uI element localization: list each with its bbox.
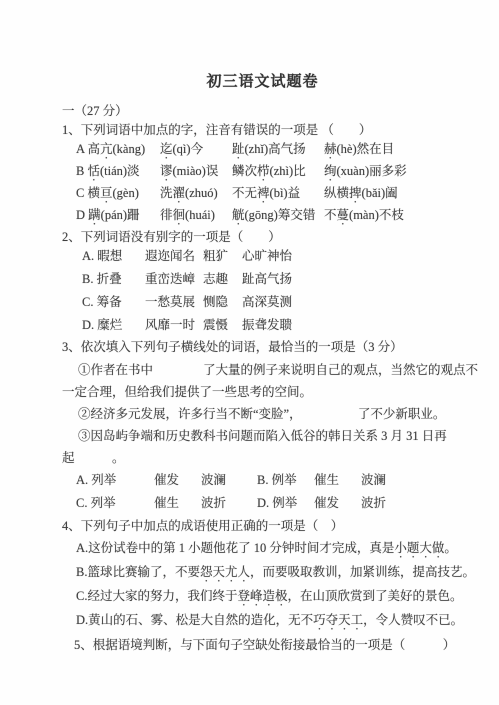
q3-answer-cell: D. 例举	[257, 494, 314, 513]
q1-option-cell: 觥(gōng)筹交错	[232, 206, 324, 228]
q1-option-cell: 绚(xuàn)丽多彩	[324, 162, 463, 184]
q3-answer-cell: 催生	[154, 494, 201, 513]
q2-option-cell: 趾高气扬	[242, 270, 463, 289]
q3-answer-cell: 催发	[154, 471, 201, 490]
q1-option-cell: 鳞次栉(zhì)比	[232, 162, 324, 184]
q2-option-cell: 一愁莫展	[145, 293, 203, 312]
q4-option-c: C.经过大家的努力，我们终于登峰造极，在山顶欣赏到了美好的景色。	[76, 587, 463, 609]
q4-stem: 4、下列句子中加点的成语使用正确的一项是（ ）	[62, 517, 463, 536]
q2-option-cell: 粗犷	[203, 247, 242, 266]
q2-option-cell: 重峦迭嶂	[145, 270, 203, 289]
q2-option-cell: 振聋发聩	[242, 316, 463, 335]
q2-option-row-c: C. 筹备 一愁莫展 恻隐 高深莫测	[82, 293, 463, 312]
q3-answer-cell: 波折	[361, 494, 463, 513]
q2-option-row-b: B. 折叠 重峦迭嶂 志趣 趾高气扬	[82, 270, 463, 289]
q1-option-cell: 纵横捭(bǎi)阖	[324, 184, 463, 206]
q2-option-cell: 心旷神怡	[242, 247, 463, 266]
q4-option-d: D.黄山的石、雾、松是大自然的造化，无不巧夺天工，令人赞叹不已。	[76, 611, 463, 633]
q1-option-cell: 赫(hè)然在目	[324, 140, 463, 162]
q3-answer-cell: 波澜	[361, 471, 463, 490]
q1-option-cell: 徘徊(huái)	[160, 206, 232, 228]
q1-option-cell: 不无裨(bì)益	[232, 184, 324, 206]
q1-option-row-b: B 恬(tián)淡 谬(miào)误 鳞次栉(zhì)比 绚(xuàn)丽多彩	[76, 162, 463, 184]
q3-sentence-3-line-1: ③因岛屿争端和历史教科书问题而陷入低谷的韩日关系 3 月 31 日再	[78, 427, 463, 446]
q3-answer-row-1: A. 列举 催发 波澜 B. 例举 催生 波澜	[76, 471, 463, 490]
q3-answer-cell: 催生	[314, 471, 361, 490]
q4-option-a: A.这份试卷中的第 1 小题他花了 10 分钟时间才完成，真是小题大做。	[76, 539, 463, 561]
q1-option-cell: C 横亘(gèn)	[76, 184, 160, 206]
q1-option-cell: 迄(qì)今	[160, 140, 232, 162]
q2-stem: 2、下列词语没有别字的一项是（ ）	[62, 228, 463, 247]
q3-answer-cell: 波澜	[201, 471, 257, 490]
q3-answer-cell: 波折	[201, 494, 257, 513]
exam-title: 初三语文试题卷	[62, 72, 463, 92]
q2-option-cell: 高深莫测	[242, 293, 463, 312]
q2-option-cell: C. 筹备	[82, 293, 145, 312]
q2-option-row-a: A. 暇想 遐迩闻名 粗犷 心旷神怡	[82, 247, 463, 266]
q1-option-cell: A 高亢(kàng)	[76, 140, 160, 162]
q2-option-cell: 志趣	[203, 270, 242, 289]
q1-option-cell: 洗濯(zhuó)	[160, 184, 232, 206]
q3-answer-cell: B. 例举	[257, 471, 314, 490]
q1-option-cell: 不蔓(màn)不枝	[324, 206, 463, 228]
q1-option-row-d: D 蹒(pán)跚 徘徊(huái) 觥(gōng)筹交错 不蔓(màn)不枝	[76, 206, 463, 228]
q2-option-cell: 震慑	[203, 316, 242, 335]
q1-option-cell: 谬(miào)误	[160, 162, 232, 184]
q5-stem: 5、根据语境判断，与下面句子空缺处衔接最恰当的一项是（ ）	[74, 636, 463, 655]
exam-paper: 初三语文试题卷 一（27 分） 1、下列词语中加点的字，注音有错误的一项是 （ …	[0, 0, 499, 705]
q3-answer-cell: 催发	[314, 494, 361, 513]
q2-option-cell: 遐迩闻名	[145, 247, 203, 266]
q1-option-row-a: A 高亢(kàng) 迄(qì)今 趾(zhǐ)高气扬 赫(hè)然在目	[76, 140, 463, 162]
q4-option-b: B.篮球比赛输了，不要怨天尤人，而要吸取教训，加紧训练，提高技艺。	[76, 563, 463, 585]
q3-answer-row-2: C. 列举 催生 波折 D. 例举 催发 波折	[76, 494, 463, 513]
q2-option-cell: A. 暇想	[82, 247, 145, 266]
q1-option-cell: 趾(zhǐ)高气扬	[232, 140, 324, 162]
q1-stem: 1、下列词语中加点的字，注音有错误的一项是 （ ）	[62, 121, 463, 140]
q1-option-cell: D 蹒(pán)跚	[76, 206, 160, 228]
q1-option-cell: B 恬(tián)淡	[76, 162, 160, 184]
q3-sentence-1-line-1: ①作者在书中 了大量的例子来说明自己的观点，当然它的观点不	[78, 361, 463, 380]
q2-option-cell: D. 糜烂	[82, 316, 145, 335]
q3-sentence-1-line-2: 一定合理，但给我们提供了一些思考的空间。	[62, 383, 463, 402]
q2-option-row-d: D. 糜烂 风靡一时 震慑 振聋发聩	[82, 316, 463, 335]
section-header: 一（27 分）	[62, 102, 463, 121]
q3-answer-cell: A. 列举	[76, 471, 154, 490]
q2-option-cell: B. 折叠	[82, 270, 145, 289]
q3-stem: 3、依次填入下列句子横线处的词语，最恰当的一项是（3 分）	[62, 338, 463, 357]
q3-sentence-2: ②经济多元发展，许多行当不断“变脸”， 了不少新职业。	[78, 405, 463, 424]
q2-option-cell: 恻隐	[203, 293, 242, 312]
q2-option-cell: 风靡一时	[145, 316, 203, 335]
q3-sentence-3-line-2: 起 。	[62, 449, 463, 468]
q1-option-row-c: C 横亘(gèn) 洗濯(zhuó) 不无裨(bì)益 纵横捭(bǎi)阖	[76, 184, 463, 206]
q3-answer-cell: C. 列举	[76, 494, 154, 513]
